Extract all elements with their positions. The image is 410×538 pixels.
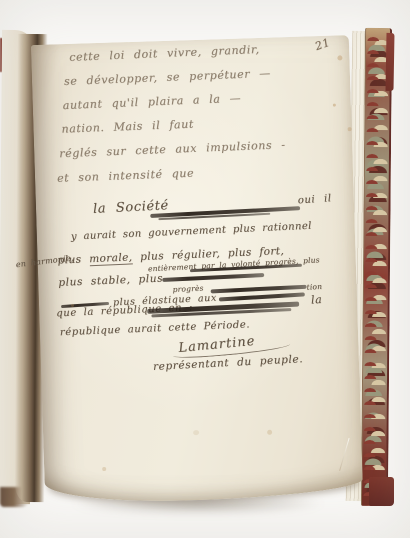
ink-strikethrough bbox=[219, 292, 305, 301]
page-number: 21 bbox=[313, 36, 332, 53]
cover-edge-top bbox=[385, 33, 394, 91]
paper-crease bbox=[339, 438, 349, 471]
manuscript-line: plus stable, plus bbox=[58, 273, 163, 289]
ink-strikethrough bbox=[211, 285, 307, 293]
manuscript-line: se développer, se perpétuer — bbox=[64, 67, 271, 88]
manuscript-line: la bbox=[311, 293, 323, 307]
foxing-spot bbox=[348, 127, 352, 131]
foxing-spot bbox=[193, 430, 199, 435]
manuscript-line: et son intensité que bbox=[57, 167, 195, 185]
foxing-spot bbox=[102, 467, 106, 471]
manuscript-line: oui il bbox=[298, 193, 332, 206]
foxing-spot bbox=[337, 55, 342, 60]
ink-strikethrough bbox=[162, 273, 264, 282]
manuscript-line: réglés sur cette aux impulsions - bbox=[59, 138, 286, 160]
foxing-spot bbox=[267, 430, 272, 435]
underlined-word: morale, bbox=[89, 251, 133, 266]
manuscript-line: autant qu'il plaira a la — bbox=[63, 92, 242, 112]
manuscript-page: 21 cette loi doit vivre, grandir, se dév… bbox=[31, 35, 363, 505]
cover-edge-bottom bbox=[369, 477, 394, 506]
line-fragment: plus bbox=[57, 253, 89, 266]
manuscript-line: république aurait cette Période. bbox=[60, 319, 251, 338]
foxing-spot bbox=[333, 104, 336, 107]
manuscript-line: cette loi doit vivre, grandir, bbox=[69, 43, 260, 64]
foxing-spot bbox=[71, 304, 74, 307]
manuscript-line: y aurait son gouvernement plus rationnel bbox=[71, 221, 312, 243]
marbled-fore-edge bbox=[361, 28, 392, 506]
interline-note: tion bbox=[306, 282, 322, 292]
manuscript-line: nation. Mais il faut bbox=[61, 118, 194, 136]
manuscript-photo: 21 cette loi doit vivre, grandir, se dév… bbox=[0, 0, 410, 538]
